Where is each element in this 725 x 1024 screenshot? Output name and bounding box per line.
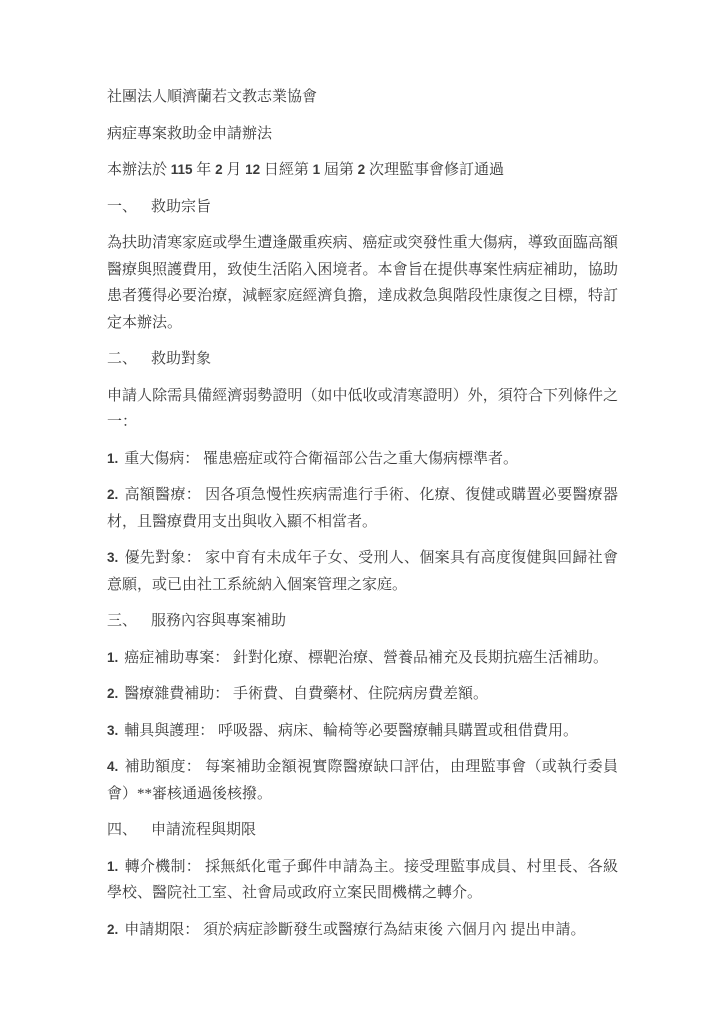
list-item-text: 輔具與護理： 呼吸器、病床、輪椅等必要醫療輔具購置或租借費用。 [124, 723, 578, 739]
list-item-text: 醫療雜費補助： 手術費、自費藥材、住院病房費差額。 [124, 686, 488, 702]
document-page: 社團法人順濟蘭若文教志業協會病症專案救助金申請辦法本辦法於 115 年 2 月 … [0, 0, 725, 1024]
list-item-text: 重大傷病： 罹患癌症或符合衛福部公告之重大傷病標準者。 [124, 451, 518, 467]
heading-number-label: 四、 [107, 822, 137, 838]
list-item-marker: 3. [107, 550, 118, 565]
list-item-marker: 3. [107, 723, 118, 738]
service-item-4: 4.補助額度： 每案補助金額視實際醫療缺口評估，由理監事會（或執行委員會）**審… [107, 754, 618, 807]
text-run: 月 [223, 162, 246, 178]
list-item-text: 優先對象： 家中育有未成年子女、受刑人、個案具有高度復健與回歸社會意願，或已由社… [107, 550, 618, 593]
text-run: 為扶助清寒家庭或學生遭逢嚴重疾病、癌症或突發性重大傷病，導致面臨高額醫療與照護費… [107, 235, 618, 331]
text-run: 年 [193, 162, 216, 178]
section-4-heading: 四、申請流程與期限 [107, 817, 618, 844]
document-content: 社團法人順濟蘭若文教志業協會病症專案救助金申請辦法本辦法於 115 年 2 月 … [0, 0, 725, 943]
list-item-marker: 1. [107, 859, 118, 874]
section-2-heading: 二、救助對象 [107, 346, 618, 373]
section-3-heading: 三、服務內容與專案補助 [107, 608, 618, 635]
heading-text: 救助對象 [151, 351, 211, 367]
numeric-text-run: 115 [171, 162, 193, 177]
text-run: 日經第 [260, 162, 313, 178]
list-item-text: 申請期限： 須於病症診斷發生或醫療行為結束後 六個月內 提出申請。 [124, 922, 585, 938]
numeric-text-run: 2 [215, 162, 223, 177]
heading-number-label: 二、 [107, 351, 137, 367]
service-item-3: 3.輔具與護理： 呼吸器、病床、輪椅等必要醫療輔具購置或租借費用。 [107, 718, 618, 745]
list-item-marker: 2. [107, 487, 118, 502]
numeric-text-run: 12 [245, 162, 260, 177]
list-item-marker: 1. [107, 451, 118, 466]
text-run: 社團法人順濟蘭若文教志業協會 [107, 89, 317, 105]
process-item-2: 2.申請期限： 須於病症診斷發生或醫療行為結束後 六個月內 提出申請。 [107, 917, 618, 944]
eligibility-item-2: 2.高額醫療： 因各項急慢性疾病需進行手術、化療、復健或購置必要醫療器材，且醫療… [107, 482, 618, 535]
text-run: 病症專案救助金申請辦法 [107, 126, 272, 142]
section-1-heading: 一、救助宗旨 [107, 194, 618, 221]
list-item-marker: 2. [107, 686, 118, 701]
list-item-marker: 2. [107, 922, 118, 937]
heading-text: 申請流程與期限 [151, 822, 256, 838]
heading-text: 服務內容與專案補助 [151, 613, 286, 629]
section-2-body: 申請人除需具備經濟弱勢證明（如中低收或清寒證明）外，須符合下列條件之一： [107, 383, 618, 436]
list-item-text: 轉介機制： 採無紙化電子郵件申請為主。接受理監事成員、村里長、各級學校、醫院社工… [107, 859, 618, 902]
list-item-marker: 1. [107, 650, 118, 665]
list-item-text: 補助額度： 每案補助金額視實際醫療缺口評估，由理監事會（或執行委員會）**審核通… [107, 759, 618, 802]
heading-number-label: 三、 [107, 613, 137, 629]
list-item-text: 高額醫療： 因各項急慢性疾病需進行手術、化療、復健或購置必要醫療器材，且醫療費用… [107, 487, 618, 530]
document-title: 病症專案救助金申請辦法 [107, 121, 618, 148]
text-run: 次理監事會修訂通過 [365, 162, 504, 178]
service-item-2: 2.醫療雜費補助： 手術費、自費藥材、住院病房費差額。 [107, 681, 618, 708]
heading-number-label: 一、 [107, 199, 137, 215]
eligibility-item-3: 3.優先對象： 家中育有未成年子女、受刑人、個案具有高度復健與回歸社會意願，或已… [107, 545, 618, 598]
heading-text: 救助宗旨 [151, 199, 211, 215]
text-run: 屆第 [320, 162, 358, 178]
list-item-text: 癌症補助專案： 針對化療、標靶治療、營養品補充及長期抗癌生活補助。 [124, 650, 608, 666]
text-run: 本辦法於 [107, 162, 171, 178]
process-item-1: 1.轉介機制： 採無紙化電子郵件申請為主。接受理監事成員、村里長、各級學校、醫院… [107, 854, 618, 907]
eligibility-item-1: 1.重大傷病： 罹患癌症或符合衛福部公告之重大傷病標準者。 [107, 446, 618, 473]
revision-line: 本辦法於 115 年 2 月 12 日經第 1 屆第 2 次理監事會修訂通過 [107, 157, 618, 184]
section-1-body: 為扶助清寒家庭或學生遭逢嚴重疾病、癌症或突發性重大傷病，導致面臨高額醫療與照護費… [107, 230, 618, 336]
organization-name: 社團法人順濟蘭若文教志業協會 [107, 84, 618, 111]
list-item-marker: 4. [107, 759, 118, 774]
service-item-1: 1.癌症補助專案： 針對化療、標靶治療、營養品補充及長期抗癌生活補助。 [107, 645, 618, 672]
text-run: 申請人除需具備經濟弱勢證明（如中低收或清寒證明）外，須符合下列條件之一： [107, 388, 618, 431]
